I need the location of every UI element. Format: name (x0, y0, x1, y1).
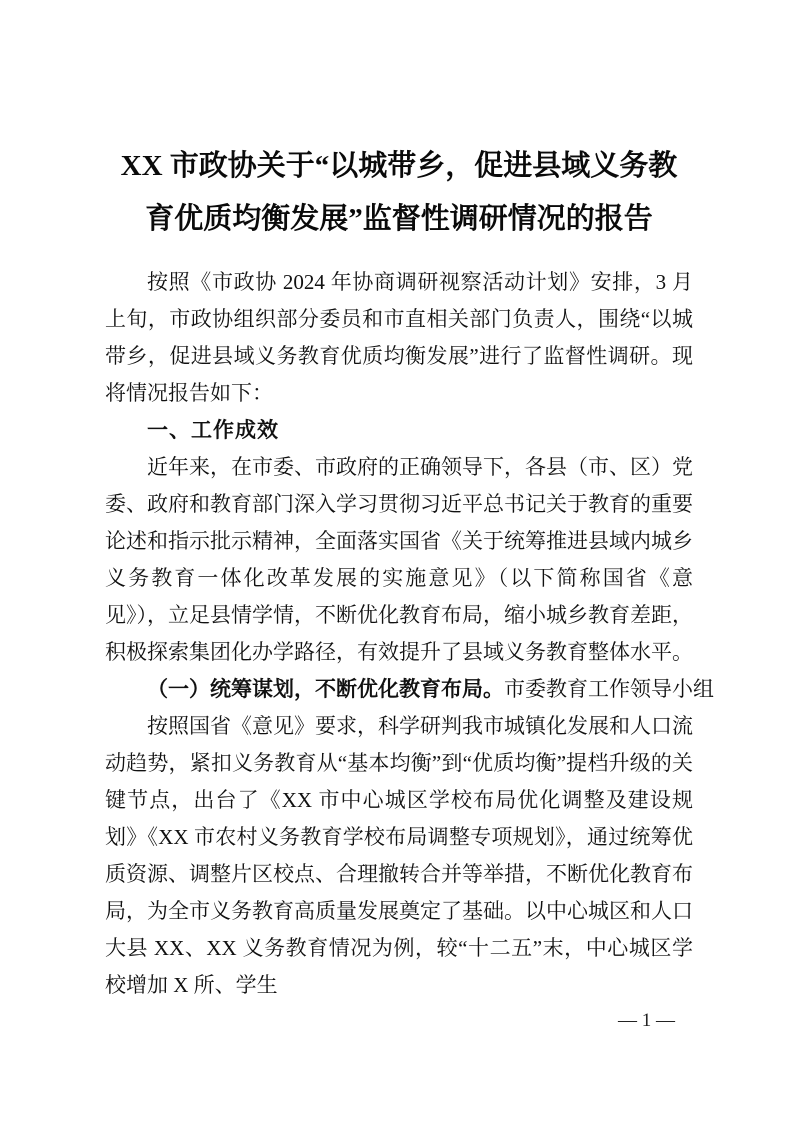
subsection-heading-1-bold: （一）统筹谋划，不断优化教育布局。 (147, 677, 504, 701)
document-content: XX 市政协关于“以城带乡，促进县域义务教 育优质均衡发展”监督性调研情况的报告… (105, 140, 693, 1004)
page-number: — 1 — (0, 1008, 675, 1034)
paragraph-intro: 按照《市政协 2024 年协商调研视察活动计划》安排，3 月上旬，市政协组织部分… (105, 264, 693, 412)
document-page: XX 市政协关于“以城带乡，促进县域义务教 育优质均衡发展”监督性调研情况的报告… (0, 0, 793, 1122)
document-body: 按照《市政协 2024 年协商调研视察活动计划》安排，3 月上旬，市政协组织部分… (105, 264, 693, 1004)
section-heading-work-results: 一、工作成效 (105, 412, 693, 449)
paragraph-subsection-1-body: 按照国省《意见》要求，科学研判我市城镇化发展和人口流动趋势，紧扣义务教育从“基本… (105, 708, 693, 1004)
title-line-2: 育优质均衡发展”监督性调研情况的报告 (105, 193, 693, 246)
subsection-heading-1-rest: 市委教育工作领导小组 (504, 677, 714, 701)
title-line-1: XX 市政协关于“以城带乡，促进县域义务教 (105, 140, 693, 193)
document-title: XX 市政协关于“以城带乡，促进县域义务教 育优质均衡发展”监督性调研情况的报告 (105, 140, 693, 246)
subsection-heading-1: （一）统筹谋划，不断优化教育布局。市委教育工作领导小组 (105, 671, 693, 708)
paragraph-achievements: 近年来，在市委、市政府的正确领导下，各县（市、区）党委、政府和教育部门深入学习贯… (105, 449, 693, 671)
